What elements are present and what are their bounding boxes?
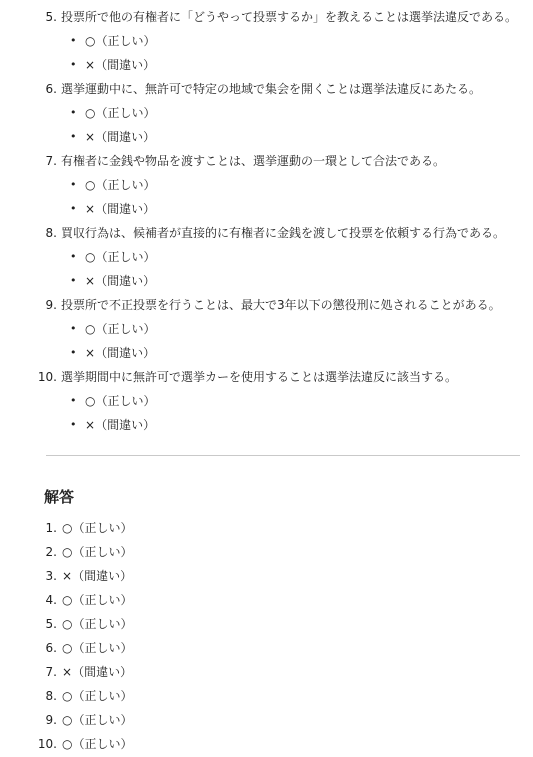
option-label: （間違い） xyxy=(95,201,155,217)
option-item: • × （間違い） xyxy=(0,129,533,145)
question-text: 選挙期間中に無許可で選挙カーを使用することは選挙法違反に該当する。 xyxy=(61,369,457,385)
options-list: • ○ （正しい） • × （間違い） xyxy=(0,393,533,433)
question-number: 7. xyxy=(0,153,57,169)
answer-symbol: ○ xyxy=(62,616,72,632)
option-item: • ○ （正しい） xyxy=(0,177,533,193)
answer-number: 6. xyxy=(0,640,57,656)
answer-label: （正しい） xyxy=(72,544,132,560)
option-label: （間違い） xyxy=(95,129,155,145)
question-text: 有権者に金銭や物品を渡すことは、選挙運動の一環として合法である。 xyxy=(61,153,445,169)
answer-label: （正しい） xyxy=(72,616,132,632)
option-symbol: × xyxy=(85,201,95,217)
answer-item: 9. ○ （正しい） xyxy=(0,712,533,728)
option-label: （正しい） xyxy=(95,33,155,49)
options-list: • ○ （正しい） • × （間違い） xyxy=(0,105,533,145)
bullet-icon: • xyxy=(70,393,85,409)
question-number: 6. xyxy=(0,81,57,97)
question-number: 10. xyxy=(0,369,57,385)
option-item: • × （間違い） xyxy=(0,57,533,73)
option-symbol: ○ xyxy=(85,177,95,193)
answer-number: 2. xyxy=(0,544,57,560)
section-divider xyxy=(46,455,520,456)
answer-item: 8. ○ （正しい） xyxy=(0,688,533,704)
option-label: （間違い） xyxy=(95,417,155,433)
option-symbol: ○ xyxy=(85,249,95,265)
answer-number: 9. xyxy=(0,712,57,728)
bullet-icon: • xyxy=(70,417,85,433)
answer-item: 10. ○ （正しい） xyxy=(0,736,533,752)
answer-symbol: ○ xyxy=(62,712,72,728)
answer-item: 3. × （間違い） xyxy=(0,568,533,584)
options-list: • ○ （正しい） • × （間違い） xyxy=(0,177,533,217)
answer-label: （正しい） xyxy=(72,640,132,656)
answer-item: 1. ○ （正しい） xyxy=(0,520,533,536)
option-symbol: × xyxy=(85,345,95,361)
bullet-icon: • xyxy=(70,33,85,49)
option-label: （正しい） xyxy=(95,177,155,193)
answers-list: 1. ○ （正しい） 2. ○ （正しい） 3. × （間違い） 4. ○ （正… xyxy=(0,520,533,752)
option-item: • × （間違い） xyxy=(0,345,533,361)
answer-item: 4. ○ （正しい） xyxy=(0,592,533,608)
option-symbol: ○ xyxy=(85,105,95,121)
bullet-icon: • xyxy=(70,345,85,361)
options-list: • ○ （正しい） • × （間違い） xyxy=(0,321,533,361)
question-text: 買収行為は、候補者が直接的に有権者に金銭を渡して投票を依頼する行為である。 xyxy=(61,225,505,241)
answer-symbol: ○ xyxy=(62,736,72,752)
bullet-icon: • xyxy=(70,249,85,265)
answer-item: 2. ○ （正しい） xyxy=(0,544,533,560)
option-symbol: × xyxy=(85,417,95,433)
question-item: 9. 投票所で不正投票を行うことは、最大で3年以下の懲役刑に処されることがある。… xyxy=(0,297,533,361)
quiz-document: 5. 投票所で他の有権者に「どうやって投票するか」を教えることは選挙法違反である… xyxy=(0,0,533,752)
option-label: （正しい） xyxy=(95,249,155,265)
answer-label: （間違い） xyxy=(72,568,132,584)
answer-item: 6. ○ （正しい） xyxy=(0,640,533,656)
option-symbol: ○ xyxy=(85,321,95,337)
answer-label: （正しい） xyxy=(72,592,132,608)
answer-label: （正しい） xyxy=(72,712,132,728)
bullet-icon: • xyxy=(70,129,85,145)
option-symbol: × xyxy=(85,273,95,289)
option-symbol: ○ xyxy=(85,393,95,409)
option-item: • × （間違い） xyxy=(0,201,533,217)
answer-label: （正しい） xyxy=(72,688,132,704)
option-label: （正しい） xyxy=(95,321,155,337)
option-label: （正しい） xyxy=(95,105,155,121)
answer-item: 7. × （間違い） xyxy=(0,664,533,680)
answers-heading: 解答 xyxy=(44,489,533,506)
answer-symbol: ○ xyxy=(62,544,72,560)
option-label: （間違い） xyxy=(95,57,155,73)
question-item: 8. 買収行為は、候補者が直接的に有権者に金銭を渡して投票を依頼する行為である。… xyxy=(0,225,533,289)
option-item: • × （間違い） xyxy=(0,417,533,433)
option-item: • × （間違い） xyxy=(0,273,533,289)
option-item: • ○ （正しい） xyxy=(0,393,533,409)
question-number: 9. xyxy=(0,297,57,313)
answer-number: 3. xyxy=(0,568,57,584)
options-list: • ○ （正しい） • × （間違い） xyxy=(0,33,533,73)
answer-number: 5. xyxy=(0,616,57,632)
bullet-icon: • xyxy=(70,321,85,337)
question-text: 投票所で不正投票を行うことは、最大で3年以下の懲役刑に処されることがある。 xyxy=(61,297,501,313)
option-item: • ○ （正しい） xyxy=(0,321,533,337)
question-item: 7. 有権者に金銭や物品を渡すことは、選挙運動の一環として合法である。 • ○ … xyxy=(0,153,533,217)
answer-number: 10. xyxy=(0,736,57,752)
answer-item: 5. ○ （正しい） xyxy=(0,616,533,632)
answer-label: （正しい） xyxy=(72,736,132,752)
question-item: 10. 選挙期間中に無許可で選挙カーを使用することは選挙法違反に該当する。 • … xyxy=(0,369,533,433)
option-label: （間違い） xyxy=(95,273,155,289)
option-symbol: × xyxy=(85,129,95,145)
option-item: • ○ （正しい） xyxy=(0,33,533,49)
answer-symbol: ○ xyxy=(62,592,72,608)
answer-symbol: ○ xyxy=(62,640,72,656)
option-item: • ○ （正しい） xyxy=(0,249,533,265)
bullet-icon: • xyxy=(70,273,85,289)
answer-symbol: × xyxy=(62,568,72,584)
answer-symbol: ○ xyxy=(62,520,72,536)
answer-number: 1. xyxy=(0,520,57,536)
bullet-icon: • xyxy=(70,201,85,217)
answer-number: 4. xyxy=(0,592,57,608)
option-symbol: ○ xyxy=(85,33,95,49)
options-list: • ○ （正しい） • × （間違い） xyxy=(0,249,533,289)
option-symbol: × xyxy=(85,57,95,73)
bullet-icon: • xyxy=(70,105,85,121)
answer-symbol: × xyxy=(62,664,72,680)
answer-label: （正しい） xyxy=(72,520,132,536)
question-number: 5. xyxy=(0,9,57,25)
questions-list: 5. 投票所で他の有権者に「どうやって投票するか」を教えることは選挙法違反である… xyxy=(0,9,533,433)
question-item: 5. 投票所で他の有権者に「どうやって投票するか」を教えることは選挙法違反である… xyxy=(0,9,533,73)
answer-number: 8. xyxy=(0,688,57,704)
bullet-icon: • xyxy=(70,177,85,193)
question-text: 投票所で他の有権者に「どうやって投票するか」を教えることは選挙法違反である。 xyxy=(61,9,517,25)
question-text: 選挙運動中に、無許可で特定の地域で集会を開くことは選挙法違反にあたる。 xyxy=(61,81,481,97)
answer-symbol: ○ xyxy=(62,688,72,704)
answer-label: （間違い） xyxy=(72,664,132,680)
bullet-icon: • xyxy=(70,57,85,73)
question-number: 8. xyxy=(0,225,57,241)
option-label: （間違い） xyxy=(95,345,155,361)
option-item: • ○ （正しい） xyxy=(0,105,533,121)
option-label: （正しい） xyxy=(95,393,155,409)
answer-number: 7. xyxy=(0,664,57,680)
question-item: 6. 選挙運動中に、無許可で特定の地域で集会を開くことは選挙法違反にあたる。 •… xyxy=(0,81,533,145)
